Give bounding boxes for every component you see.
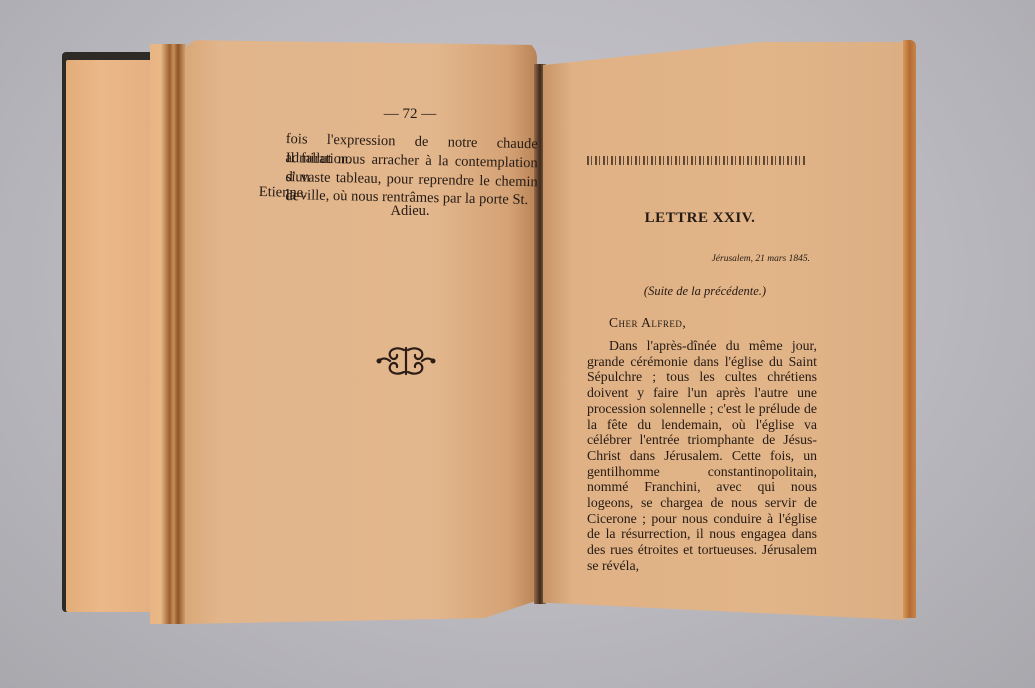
fleuron-ornament-icon: [374, 344, 438, 378]
text-line: Etienne.: [259, 183, 319, 203]
border-band-ornament: [587, 156, 806, 165]
page-number: — 72 —: [370, 106, 450, 123]
flyleaf-page: [66, 60, 154, 612]
dateline: Jérusalem, 21 mars 1845.: [680, 254, 810, 264]
right-page-edges: [903, 40, 916, 618]
letter-subtitle: (Suite de la précédente.): [620, 284, 790, 299]
closing-adieu: Adieu.: [380, 203, 440, 220]
left-page-edges: [150, 44, 186, 624]
letter-title: LETTRE XXIV.: [600, 210, 800, 227]
letter-body: Dans l'après-dînée du même jour, grande …: [587, 338, 817, 574]
salutation: Cher Alfred,: [609, 315, 686, 331]
left-page: [185, 40, 537, 624]
